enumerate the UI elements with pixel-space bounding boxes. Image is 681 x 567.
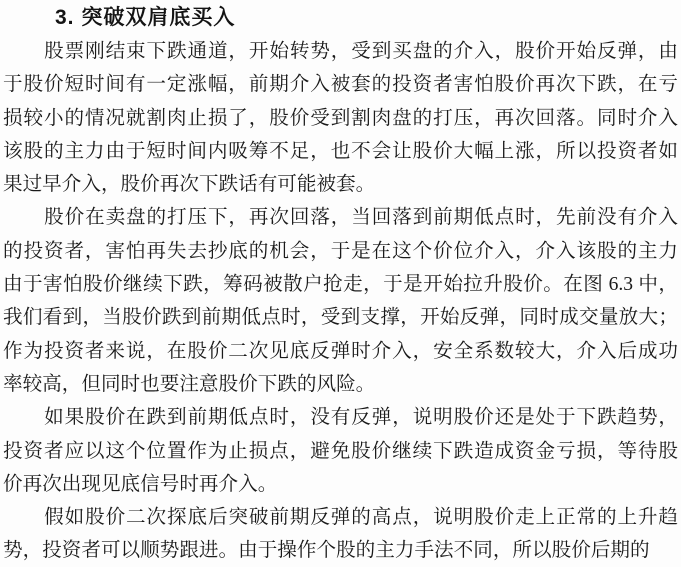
text-line: 损较小的情况就割肉止损了，股价受到割肉盘的打压，再次回落。同时介入 bbox=[3, 102, 678, 135]
text-line: 于股价短时间有一定涨幅，前期介入被套的投资者害怕股价再次下跌，在亏 bbox=[3, 68, 678, 101]
text-line: 投资者应以这个位置作为止损点，避免股价继续下跌造成资金亏损，等待股 bbox=[3, 435, 678, 468]
text-line: 作为投资者来说，在股价二次见底反弹时介入，安全系数较大，介入后成功 bbox=[3, 335, 678, 368]
text-line: 由于害怕股价继续下跌，筹码被散户抢走，于是开始拉升股价。在图 6.3 中， bbox=[3, 268, 678, 301]
text-line: 果过早介入，股价再次下跌话有可能被套。 bbox=[3, 168, 678, 201]
text-line: 该股的主力由于短时间内吸筹不足，也不会让股价大幅上涨，所以投资者如 bbox=[3, 135, 678, 168]
section-heading: 3. 突破双肩底买入 bbox=[3, 1, 678, 35]
book-page: 3. 突破双肩底买入 股票刚结束下跌通道，开始转势，受到买盘的介入，股价开始反弹… bbox=[0, 0, 681, 567]
text-line: 假如股价二次探底后突破前期反弹的高点，说明股价走上正常的上升趋 bbox=[3, 501, 678, 534]
paragraph: 股价在卖盘的打压下，再次回落，当回落到前期低点时，先前没有介入的投资者，害怕再失… bbox=[3, 201, 678, 401]
paragraph: 股票刚结束下跌通道，开始转势，受到买盘的介入，股价开始反弹，由于股价短时间有一定… bbox=[3, 35, 678, 201]
text-line: 我们看到，当股价跌到前期低点时，受到支撑，开始反弹，同时成交量放大； bbox=[3, 301, 678, 334]
paragraph: 如果股价在跌到前期低点时，没有反弹，说明股价还是处于下跌趋势，投资者应以这个位置… bbox=[3, 401, 678, 501]
text-line: 的投资者，害怕再失去抄底的机会，于是在这个价位介入，介入该股的主力 bbox=[3, 235, 678, 268]
text-line: 率较高，但同时也要注意股价下跌的风险。 bbox=[3, 368, 678, 401]
text-line: 股价在卖盘的打压下，再次回落，当回落到前期低点时，先前没有介入 bbox=[3, 201, 678, 234]
text-line: 价再次出现见底信号时再介入。 bbox=[3, 468, 678, 501]
text-line: 势，投资者可以顺势跟进。由于操作个股的主力手法不同，所以股价后期的 bbox=[3, 534, 678, 567]
text-line: 股票刚结束下跌通道，开始转势，受到买盘的介入，股价开始反弹，由 bbox=[3, 35, 678, 68]
text-line: 如果股价在跌到前期低点时，没有反弹，说明股价还是处于下跌趋势， bbox=[3, 401, 678, 434]
paragraph: 假如股价二次探底后突破前期反弹的高点，说明股价走上正常的上升趋势，投资者可以顺势… bbox=[3, 501, 678, 567]
